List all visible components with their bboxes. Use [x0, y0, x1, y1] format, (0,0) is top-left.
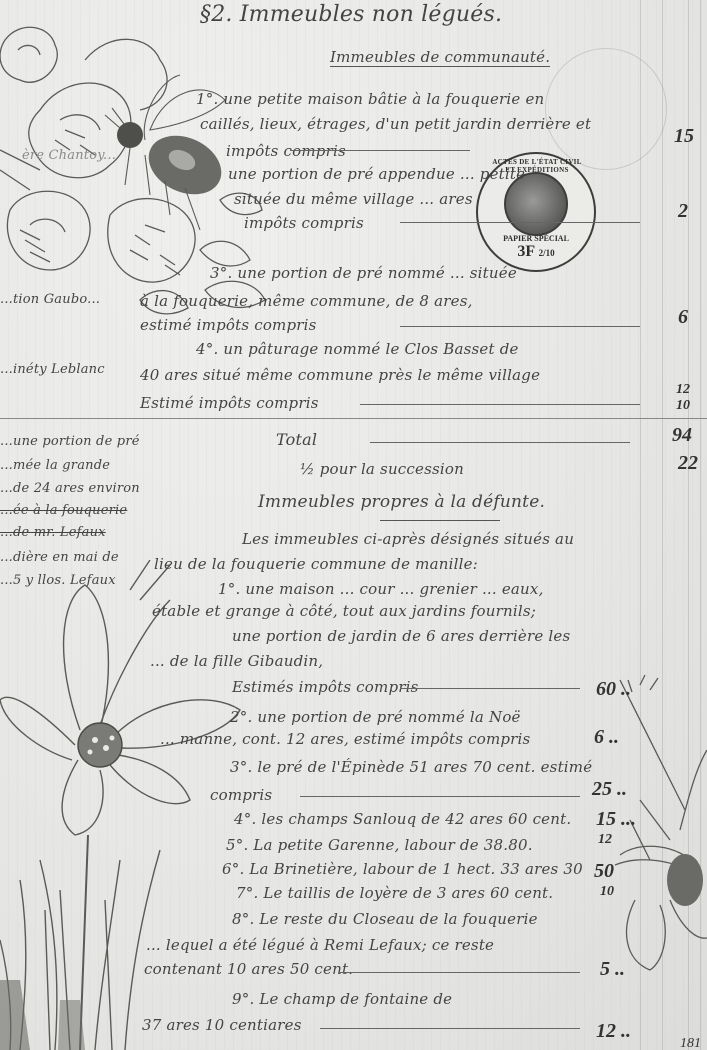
fill-dash [360, 404, 640, 405]
entry-line: contenant 10 ares 50 cent. [144, 960, 353, 978]
section-rule [0, 418, 707, 419]
entry-line: étable et grange à côté, tout aux jardin… [152, 602, 536, 620]
entry-line: 5°. La petite Garenne, labour de 38.80. [226, 836, 533, 854]
propres-subheading: Immeubles propres à la défunte. [258, 492, 545, 512]
entry-line: 4°. un pâturage nommé le Clos Basset de [196, 340, 519, 358]
margin-note: ...une portion de pré [0, 434, 140, 449]
fill-dash [400, 688, 580, 689]
entry-line: 7°. Le taillis de loyère de 3 ares 60 ce… [236, 884, 553, 902]
entry-line: 1°. une maison ... cour ... grenier ... … [218, 580, 544, 598]
fill-dash [340, 972, 580, 973]
margin-note: ...mée la grande [0, 458, 110, 473]
amount: 6 .. [594, 726, 619, 749]
amount: 12 [676, 382, 690, 398]
amount: 12 .. [596, 1020, 631, 1043]
amount: 6 [678, 306, 688, 329]
document-subheading: Immeubles de communauté. [330, 48, 550, 67]
entry-line: Les immeubles ci-après désignés situés a… [242, 530, 574, 548]
margin-note: ...de mr. Lefaux [0, 525, 106, 540]
margin-note: ...inéty Leblanc [0, 362, 105, 377]
entry-line: caillés, lieux, étrages, d'un petit jard… [200, 115, 591, 133]
entry-line: 8°. Le reste du Closeau de la fouquerie [232, 910, 538, 928]
amount: 10 [600, 884, 614, 900]
entry-line: ... manne, cont. 12 ares, estimé impôts … [160, 730, 530, 748]
amount: 25 .. [592, 778, 627, 801]
page-number-fragment: 181 [680, 1036, 701, 1050]
entry-line: une portion de pré appendue ... petite [228, 165, 525, 183]
stamp-paper-label: PAPIER SPÉCIAL [478, 234, 594, 243]
margin-note: ...ée à la fouquerie [0, 503, 127, 518]
fill-dash [290, 150, 470, 151]
entry-line: lieu de la fouquerie commune de manille: [154, 555, 478, 573]
amount-total: 94 [672, 424, 692, 447]
entry-line: 4°. les champs Sanlouq de 42 ares 60 cen… [234, 810, 571, 828]
entry-line: compris [210, 786, 272, 804]
entry-line: 1°. une petite maison bâtie à la fouquer… [196, 90, 544, 108]
entry-line: située du même village ... ares [234, 190, 473, 208]
entry-line: 9°. Le champ de fontaine de [232, 990, 452, 1008]
stamp-price-fraction: 2/10 [539, 248, 555, 258]
margin-note: ...tion Gaubo... [0, 292, 100, 307]
fill-dash [300, 796, 580, 797]
entry-line: impôts compris [244, 214, 364, 232]
amount: 60 .. [596, 678, 631, 701]
entry-line: estimé impôts compris [140, 316, 317, 334]
amount: 5 .. [600, 958, 625, 981]
entry-line: 6°. La Brinetière, labour de 1 hect. 33 … [222, 860, 583, 878]
amount: 12 [598, 832, 612, 848]
heading-underline [380, 520, 500, 521]
entry-line: 3°. le pré de l'Épinède 51 ares 70 cent.… [230, 758, 592, 776]
fill-dash [400, 222, 640, 223]
amount-half: 22 [678, 452, 698, 475]
half-share-label: ½ pour la succession [300, 460, 464, 478]
faded-stamp-impression [545, 48, 667, 170]
fill-dash [320, 1028, 580, 1029]
stamp-price: 3F 2/10 [478, 243, 594, 261]
entry-line: 40 ares situé même commune près le même … [140, 366, 540, 384]
entry-line: une portion de jardin de 6 ares derrière… [232, 627, 570, 645]
amount: 15 [674, 125, 694, 148]
entry-line: 37 ares 10 centiares [142, 1016, 302, 1034]
margin-note: ère Chantoy... [22, 148, 116, 163]
entry-line: 2°. une portion de pré nommé la Noë [230, 708, 521, 726]
amount: 50 [594, 860, 614, 883]
stamp-price-francs: 3F [517, 243, 534, 260]
fill-dash [400, 326, 640, 327]
total-label: Total [276, 430, 317, 449]
entry-line: ... lequel a été légué à Remi Lefaux; ce… [146, 936, 494, 954]
entry-line: Estimés impôts compris [232, 678, 419, 696]
fill-dash [370, 442, 630, 443]
margin-note: ...de 24 ares environ [0, 481, 140, 496]
document-heading: §2. Immeubles non légués. [200, 2, 502, 27]
entry-line: 3°. une portion de pré nommé ... située [210, 264, 517, 282]
entry-line: impôts compris [226, 142, 346, 160]
entry-line: Estimé impôts compris [140, 394, 319, 412]
margin-note: ...dière en mai de [0, 550, 119, 565]
amount: 10 [676, 398, 690, 414]
entry-line: ... de la fille Gibaudin, [150, 652, 323, 670]
amount: 2 [678, 200, 688, 223]
margin-note: ...5 y llos. Lefaux [0, 573, 116, 588]
amount: 15 ... [596, 808, 636, 831]
entry-line: à la fouquerie, même commune, de 8 ares, [140, 292, 473, 310]
